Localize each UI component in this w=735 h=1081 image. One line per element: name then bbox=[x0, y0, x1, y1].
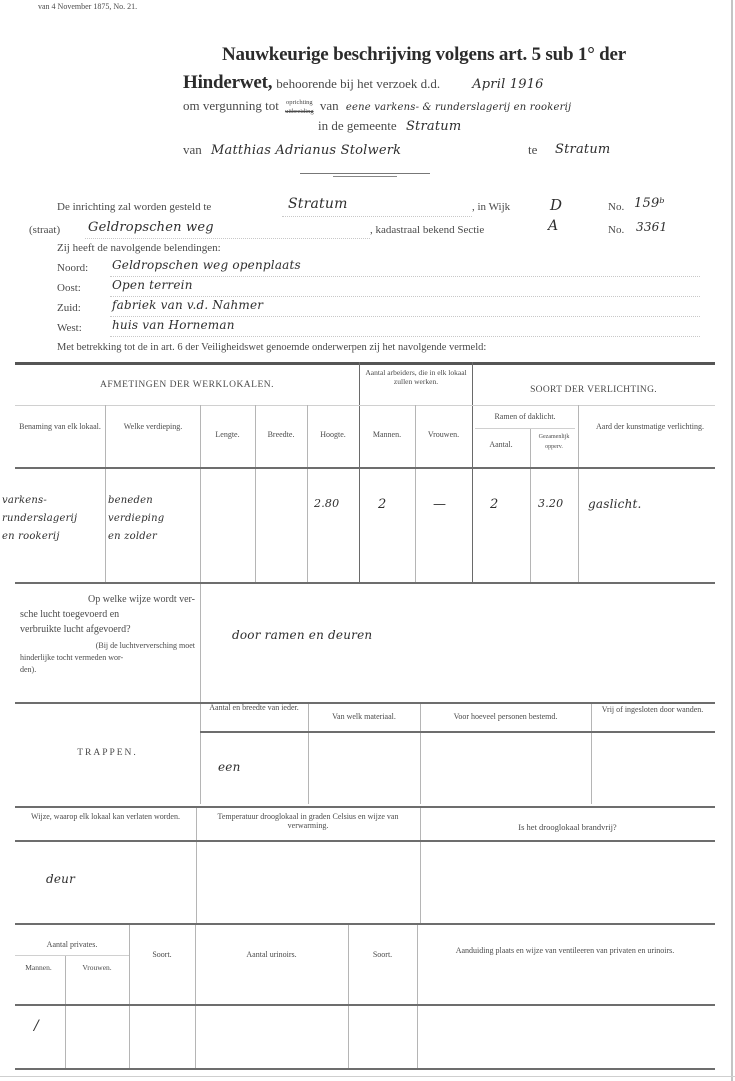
sanitary-header-rule bbox=[15, 1004, 715, 1006]
no2-label: No. bbox=[608, 224, 624, 236]
title-rule-long bbox=[300, 173, 430, 174]
col-divider bbox=[348, 925, 349, 1070]
stairs-col-persons: Voor hoeveel personen bestemd. bbox=[420, 712, 591, 721]
title-line5: van Matthias Adrianus Stolwerk te Stratu… bbox=[183, 142, 683, 158]
ventilation-question-line: sche lucht toegevoerd en bbox=[20, 607, 195, 622]
col-header-count: Aantal. bbox=[472, 440, 530, 449]
title-rule-short bbox=[333, 176, 397, 177]
work-row-count: 2 bbox=[490, 497, 498, 512]
col-header-surface: Gezamenlijk opperv. bbox=[530, 432, 578, 452]
request-label: behoorende bij het verzoek d.d. bbox=[276, 76, 440, 91]
title-hinderwet: Hinderwet, bbox=[183, 72, 272, 93]
subheader-windows: Ramen of daklicht. bbox=[472, 412, 578, 421]
ventilation-note: (Bij de luchtverversching moet hinderlij… bbox=[20, 640, 195, 676]
col-header-height: Hoogte. bbox=[307, 430, 359, 439]
section-rule bbox=[15, 702, 715, 704]
stairs-col-material: Van welk materiaal. bbox=[308, 712, 420, 721]
page-edge-right bbox=[731, 0, 733, 1081]
exits-col-temperature: Temperatuur drooglokaal in graden Celsiu… bbox=[198, 812, 418, 830]
municipality-value: Stratum bbox=[406, 119, 461, 134]
work-row-floor-line: en zolder bbox=[108, 528, 164, 546]
ventilation-question-line: Op welke wijze wordt ver- bbox=[20, 592, 195, 607]
table-rule-bottom bbox=[15, 582, 715, 584]
work-row-women: — bbox=[433, 497, 446, 512]
col-header-length: Lengte. bbox=[200, 430, 255, 439]
established-label: De inrichting zal worden gesteld te bbox=[57, 201, 211, 213]
option-uitbreiding: uitbreiding bbox=[285, 107, 314, 116]
neighbour-south-value: fabriek van v.d. Nahmer bbox=[112, 298, 263, 312]
applicant-van-label: van bbox=[183, 142, 202, 157]
neighbours-label: Zij heeft de navolgende belendingen: bbox=[57, 242, 221, 254]
work-row-name-line: en rookerij bbox=[2, 528, 77, 546]
neighbour-west-label: West: bbox=[57, 322, 82, 334]
table-divider bbox=[359, 362, 360, 582]
option-oprichting: oprichting bbox=[285, 98, 314, 107]
col-header-name: Benaming van elk lokaal. bbox=[15, 420, 105, 433]
col-divider bbox=[591, 704, 592, 804]
applicant-te-label: te bbox=[528, 142, 537, 158]
col-header-floor: Welke verdieping. bbox=[113, 420, 193, 433]
ventilation-question-line: verbruikte lucht afgevoerd? bbox=[20, 622, 195, 637]
title-line4: in de gemeente Stratum bbox=[318, 118, 461, 134]
group-header-dimensions: AFMETINGEN DER WERKLOKALEN. bbox=[15, 380, 359, 391]
col-divider bbox=[195, 925, 196, 1070]
col-header-width: Breedte. bbox=[255, 430, 307, 439]
dotted-line bbox=[282, 216, 472, 217]
section-rule bbox=[15, 806, 715, 808]
sanitary-col-women: Vrouwen. bbox=[65, 963, 129, 972]
neighbour-west-value: huis van Horneman bbox=[112, 318, 235, 332]
established-value: Stratum bbox=[288, 196, 348, 212]
sectie-value: A bbox=[548, 218, 558, 234]
wijk-label: , in Wijk bbox=[472, 201, 510, 213]
neighbour-east-label: Oost: bbox=[57, 282, 81, 294]
work-row-name-line: runderslagerij bbox=[2, 510, 77, 528]
group-header-workers: Aantal arbeiders, die in elk lokaal zull… bbox=[362, 368, 470, 386]
sanitary-col-type2: Soort. bbox=[348, 950, 417, 959]
sanitary-col-urinals: Aantal urinoirs. bbox=[195, 950, 348, 959]
no2-value: 3361 bbox=[636, 220, 667, 234]
title-line3: om vergunning tot oprichting uitbreiding… bbox=[183, 98, 571, 116]
work-row-artificial: gaslicht. bbox=[588, 497, 642, 511]
ventilation-question: Op welke wijze wordt ver- sche lucht toe… bbox=[20, 592, 195, 637]
stairs-col-enclosed: Vrij of ingesloten door wanden. bbox=[600, 705, 705, 714]
table-rule-windows bbox=[475, 428, 575, 429]
title-line2: Hinderwet, behoorende bij het verzoek d.… bbox=[183, 72, 544, 94]
group-header-lighting: SOORT DER VERLICHTING. bbox=[472, 385, 715, 396]
col-divider bbox=[65, 955, 66, 1070]
wijk-value: D bbox=[550, 196, 562, 214]
col-divider bbox=[200, 704, 201, 804]
applicant-place-value: Stratum bbox=[555, 142, 610, 157]
no1-label: No. bbox=[608, 201, 624, 213]
no1-value: 159ᵇ bbox=[634, 196, 665, 211]
work-row-height: 2.80 bbox=[314, 497, 339, 510]
document-title-line1: Nauwkeurige beschrijving volgens art. 5 … bbox=[222, 44, 626, 66]
work-row-floor: beneden verdieping en zolder bbox=[108, 492, 164, 546]
exits-method-value: deur bbox=[46, 872, 75, 886]
table-rule-subheader bbox=[15, 405, 715, 406]
safety-law-text: Met betrekking tot de in art. 6 der Veil… bbox=[57, 342, 486, 353]
stairs-width-value: een bbox=[218, 760, 241, 774]
work-row-name: varkens- runderslagerij en rookerij bbox=[2, 492, 77, 546]
work-row-surface: 3.20 bbox=[538, 497, 563, 510]
ventilation-note-line: (Bij de luchtverversching moet bbox=[20, 640, 195, 652]
exits-col-method: Wijze, waarop elk lokaal kan verlaten wo… bbox=[15, 812, 196, 821]
table-rule-top bbox=[15, 362, 715, 365]
work-row-name-line: varkens- bbox=[2, 492, 77, 510]
van-label: van bbox=[320, 98, 339, 113]
col-divider bbox=[200, 584, 201, 704]
stairs-header-rule bbox=[200, 731, 715, 733]
ventilation-note-line: den). bbox=[20, 664, 195, 676]
col-header-women: Vrouwen. bbox=[415, 430, 472, 439]
request-date-value: April 1916 bbox=[472, 77, 543, 92]
col-divider bbox=[105, 405, 106, 582]
stairs-col-width: Aantal en breedte van ieder. bbox=[203, 703, 305, 712]
sanitary-col-men: Mannen. bbox=[12, 963, 65, 972]
col-header-men: Mannen. bbox=[359, 430, 415, 439]
table-rule-header-bottom bbox=[15, 467, 715, 469]
stairs-label: TRAPPEN. bbox=[15, 748, 200, 758]
work-row-men: 2 bbox=[378, 497, 386, 512]
col-header-artificial: Aard der kunstmatige verlichting. bbox=[590, 420, 710, 433]
exits-header-rule bbox=[15, 840, 715, 842]
enterprise-value: eene varkens- & runderslagerij en rooker… bbox=[346, 102, 571, 113]
dotted-line bbox=[85, 238, 370, 239]
sanitary-col-type1: Soort. bbox=[129, 950, 195, 959]
neighbour-south-label: Zuid: bbox=[57, 302, 81, 314]
dotted-line bbox=[110, 316, 700, 317]
col-divider bbox=[417, 925, 418, 1070]
section-rule-bottom bbox=[15, 1068, 715, 1070]
dotted-line bbox=[110, 336, 700, 337]
section-rule bbox=[15, 923, 715, 925]
ventilation-note-line: hinderlijke tocht vermeden wor- bbox=[20, 652, 195, 664]
law-reference: van 4 November 1875, No. 21. bbox=[38, 2, 137, 11]
neighbour-east-value: Open terrein bbox=[112, 278, 193, 292]
applicant-name-value: Matthias Adrianus Stolwerk bbox=[211, 143, 401, 158]
sanitary-subrule bbox=[15, 955, 129, 956]
permit-label: om vergunning tot bbox=[183, 98, 279, 113]
neighbour-north-value: Geldropschen weg openplaats bbox=[112, 258, 301, 272]
street-label: (straat) bbox=[29, 224, 60, 236]
street-value: Geldropschen weg bbox=[88, 220, 214, 235]
work-row-floor-line: beneden bbox=[108, 492, 164, 510]
col-divider bbox=[129, 925, 130, 1070]
sanitary-men-value: / bbox=[34, 1018, 39, 1034]
sanitary-group-privates: Aantal privates. bbox=[15, 940, 129, 949]
kadaster-label: , kadastraal bekend Sectie bbox=[370, 224, 484, 236]
dotted-line bbox=[110, 276, 700, 277]
work-row-floor-line: verdieping bbox=[108, 510, 164, 528]
sanitary-col-ventilation: Aanduiding plaats en wijze van ventileer… bbox=[430, 945, 700, 957]
col-divider bbox=[578, 405, 579, 582]
permit-type-choice: oprichting uitbreiding bbox=[285, 98, 314, 116]
exits-col-fireproof: Is het drooglokaal brandvrij? bbox=[420, 823, 715, 832]
page-edge-bottom bbox=[0, 1076, 735, 1077]
dotted-line bbox=[110, 296, 700, 297]
ventilation-answer: door ramen en deuren bbox=[232, 628, 372, 642]
municipality-label: in de gemeente bbox=[318, 118, 397, 133]
col-divider bbox=[196, 808, 197, 923]
neighbour-north-label: Noord: bbox=[57, 262, 88, 274]
